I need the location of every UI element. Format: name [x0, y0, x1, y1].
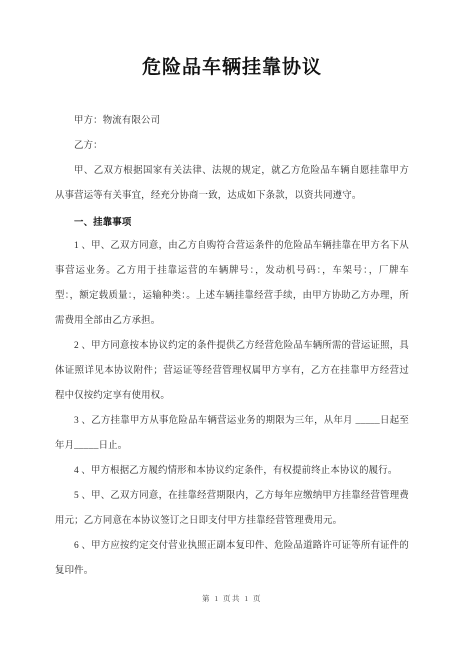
document-body: 甲方：物流有限公司乙方：甲、乙双方根据国家有关法律、法规的规定，就乙方危险品车辆… — [55, 109, 409, 584]
paragraph: 一、挂靠事项 — [55, 209, 409, 234]
paragraph: 6 、甲方应按约定交付营业执照正副本复印件、危险品道路许可证等所有证件的复印件。 — [55, 534, 409, 584]
paragraph: 乙方： — [55, 134, 409, 159]
paragraph: 甲、乙双方根据国家有关法律、法规的规定，就乙方危险品车辆自愿挂靠甲方从事营运等有… — [55, 159, 409, 209]
paragraph: 2 、甲方同意按本协议约定的条件提供乙方经营危险品车辆所需的营运证照，具体证照详… — [55, 334, 409, 409]
paragraph: 3 、乙方挂靠甲方从事危险品车辆营运业务的期限为三年，从年月 _____日起至年… — [55, 409, 409, 459]
document-title: 危险品车辆挂靠协议 — [55, 52, 409, 84]
paragraph: 4 、甲方根据乙方履约情形和本协议约定条件，有权提前终止本协议的履行。 — [55, 459, 409, 484]
document-content: 危险品车辆挂靠协议 甲方：物流有限公司乙方：甲、乙双方根据国家有关法律、法规的规… — [0, 0, 463, 605]
document-page: 危险品车辆挂靠协议 甲方：物流有限公司乙方：甲、乙双方根据国家有关法律、法规的规… — [0, 0, 463, 655]
paragraph: 1 、甲、乙双方同意，由乙方自购符合营运条件的危险品车辆挂靠在甲方名下从事营运业… — [55, 234, 409, 334]
paragraph: 甲方：物流有限公司 — [55, 109, 409, 134]
page-number-footer: 第 1 页共 1 页 — [55, 593, 409, 605]
paragraph: 5 、甲、乙双方同意，在挂靠经营期限内，乙方每年应缴纳甲方挂靠经营管理费用元；乙… — [55, 484, 409, 534]
